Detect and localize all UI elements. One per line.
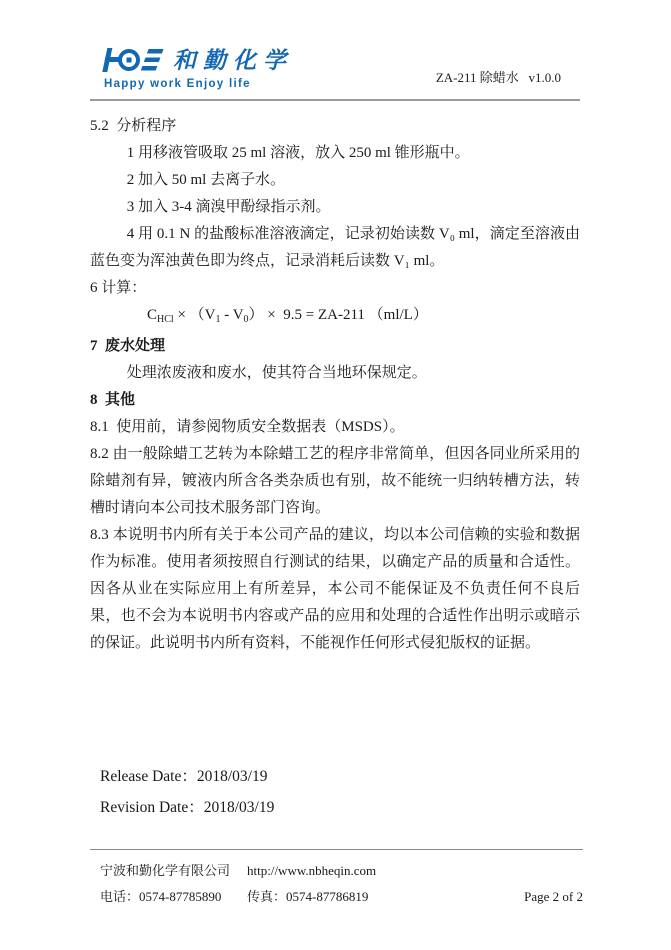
release-date: Release Date：2018/03/19 xyxy=(100,761,580,792)
analysis-step-1: 1 用移液管吸取 25 ml 溶液，放入 250 ml 锥形瓶中。 xyxy=(90,140,580,167)
formula-part: × （V xyxy=(174,307,216,323)
calculation-formula: CHCl × （V1 - V0） × 9.5 = ZA-211 （ml/L） xyxy=(90,302,580,333)
document-reference: ZA-211 除蜡水 v1.0.0 xyxy=(436,67,561,86)
revision-block: Release Date：2018/03/19 Revision Date：20… xyxy=(100,761,580,823)
analysis-step-2: 2 加入 50 ml 去离子水。 xyxy=(90,167,580,194)
analysis-step-3: 3 加入 3-4 滴溴甲酚绿指示剂。 xyxy=(90,194,580,221)
page-header: 和勤化学 Happy work Enjoy life ZA-211 除蜡水 v1… xyxy=(0,0,671,90)
page-footer: 宁波和勤化学有限公司 http://www.nbheqin.com 电话：057… xyxy=(90,849,583,910)
document-page: 和勤化学 Happy work Enjoy life ZA-211 除蜡水 v1… xyxy=(0,0,671,950)
footer-company: 宁波和勤化学有限公司 xyxy=(100,858,247,884)
formula-subscript: HCl xyxy=(157,314,174,325)
section-7-title: 7 废水处理 xyxy=(90,333,580,360)
footer-row-2: 电话：0574-87785890 传真：0574-87786819 Page 2… xyxy=(90,884,583,910)
calc-label: 6 计算： xyxy=(90,275,580,302)
paragraph-8-1: 8.1 使用前，请参阅物质安全数据表（MSDS）。 xyxy=(90,414,580,441)
footer-row-1: 宁波和勤化学有限公司 http://www.nbheqin.com xyxy=(90,858,583,884)
page-number: Page 2 of 2 xyxy=(524,884,583,910)
section-5-2-title: 5.2 分析程序 xyxy=(90,113,580,140)
paragraph-8-3: 8.3 本说明书内所有关于本公司产品的建议，均以本公司信赖的实验和数据作为标准。… xyxy=(90,522,580,657)
header-divider xyxy=(90,99,580,101)
hq-logo-icon xyxy=(100,45,164,75)
formula-part: C xyxy=(147,307,157,323)
footer-fax: 传真：0574-87786819 xyxy=(247,884,524,910)
section-8-title: 8 其他 xyxy=(90,387,580,414)
formula-part: - V xyxy=(220,307,243,323)
analysis-step-4: 4 用 0.1 N 的盐酸标准溶液滴定，记录初始读数 V₀ ml，滴定至溶液由蓝… xyxy=(90,221,580,275)
section-7-paragraph: 处理浓废液和废水，使其符合当地环保规定。 xyxy=(90,360,580,387)
formula-part: ） × 9.5 = ZA-211 （ml/L） xyxy=(249,307,428,323)
revision-date: Revision Date：2018/03/19 xyxy=(100,792,580,823)
footer-website: http://www.nbheqin.com xyxy=(247,858,583,884)
document-body: 5.2 分析程序 1 用移液管吸取 25 ml 溶液，放入 250 ml 锥形瓶… xyxy=(90,113,580,657)
logo-text: 和勤化学 xyxy=(173,45,293,75)
paragraph-8-2: 8.2 由一般除蜡工艺转为本除蜡工艺的程序非常简单，但因各同业所采用的除蜡剂有异… xyxy=(90,441,580,522)
footer-phone: 电话：0574-87785890 xyxy=(100,884,247,910)
